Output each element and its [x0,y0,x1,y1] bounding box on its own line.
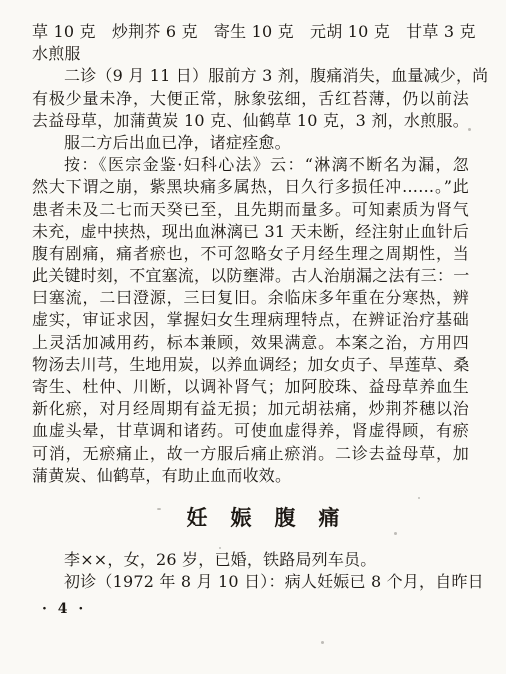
scan-speck [418,497,420,499]
text-line: 初诊（1972 年 8 月 10 日）：病人妊娠已 8 个月，自昨日 [32,571,469,593]
text-line: 此关键时刻，不宜塞流，以防壅滞。古人治崩漏之法有三：一 [32,265,469,287]
text-line: 水煎服 [32,43,469,65]
scan-speck [219,547,221,549]
text-line: 未充，虚中挟热，现出血淋漓已 31 天未断，经注射止血针后 [32,221,469,243]
text-line: 可消，无瘀痛止，故一方服后痛止瘀消。二诊去益母草，加 [32,443,469,465]
section-heading: 妊 娠 腹 痛 [32,503,469,533]
text-line: 虚实，审证求因，掌握妇女生理病理特点，在辨证治疗基础 [32,309,469,331]
scan-speck [321,641,324,644]
page-number: · 4 · [42,601,86,617]
book-page: 草 10 克 炒荆芥 6 克 寄生 10 克 元胡 10 克 甘草 3 克 水煎… [0,0,506,674]
text-line: 然大下谓之崩，紫黑块痛多属热，日久行多损任冲……。”此 [32,176,469,198]
text-line: 患者未及二七而天癸已至，且先期而量多。可知素质为肾气 [32,199,469,221]
text-line: 腹有剧痛，痛者瘀也，不可忽略女子月经生理之周期性，当 [32,243,469,265]
text-line: 服二方后出血已净，诸症痊愈。 [32,132,469,154]
text-line: 寄生、杜仲、川断，以调补肾气；加阿胶珠、益母草养血生 [32,376,469,398]
text-line: 二诊（9 月 11 日）服前方 3 剂，腹痛消失，血量减少，尚 [32,65,469,87]
text-line: 曰塞流，二曰澄源，三曰复旧。余临床多年重在分寒热，辨 [32,287,469,309]
scan-speck [157,508,161,510]
text-line: 蒲黄炭、仙鹤草，有助止血而收效。 [32,465,469,487]
text-line: 去益母草，加蒲黄炭 10 克、仙鹤草 10 克，3 剂，水煎服。 [32,110,469,132]
scan-speck [468,128,471,131]
scan-speck [394,532,397,535]
text-line: 新化瘀，对月经周期有益无损；加元胡祛痛，炒荆芥穗以治 [32,398,469,420]
text-line: 草 10 克 炒荆芥 6 克 寄生 10 克 元胡 10 克 甘草 3 克 [32,21,469,43]
text-line: 李××，女，26 岁，已婚，铁路局列车员。 [32,549,469,571]
text-line: 物汤去川芎，生地用炭，以养血调经；加女贞子、旱莲草、桑 [32,354,469,376]
text-line: 血虚头晕，甘草调和诸药。可使血虚得养，肾虚得顾，有瘀 [32,420,469,442]
main-text-block: 草 10 克 炒荆芥 6 克 寄生 10 克 元胡 10 克 甘草 3 克 水煎… [32,21,469,487]
text-line: 按：《医宗金鉴·妇科心法》云：“淋漓不断名为漏，忽 [32,154,469,176]
case-text-block: 李××，女，26 岁，已婚，铁路局列车员。 初诊（1972 年 8 月 10 日… [32,549,469,593]
text-line: 上灵活加减用药，标本兼顾，效果满意。本案之治，方用四 [32,332,469,354]
text-line: 有极少量未净，大便正常，脉象弦细，舌红苔薄，仍以前法 [32,88,469,110]
